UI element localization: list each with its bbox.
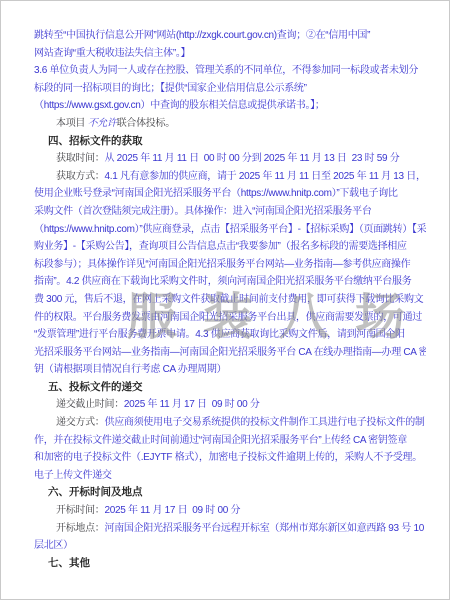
text-segment: 费 300 元，售后不退，在网上采购文件获取截止时间前支付费用，即可获得下载询比… [34,294,423,305]
text-segment: 电子上传文件递交 [34,470,112,481]
text-segment: 河南国企阳光招采服务平台远程开标室（郑州市郑东新区如意西路 93 号 10 [105,523,424,534]
text-segment: （https://www.gsxt.gov.cn）中查询的股东相关信息或提供承诺… [34,100,325,111]
text-segment: 标段的同一招标项目的询比；【提供“国家企业信用信息公示系统” [34,83,307,94]
text-line: “发票管理”进行平台服务费开票申请。4.3 供应商获取询比采购文件后，请到河南国… [34,326,426,344]
section-heading: 五、投标文件的递交 [34,379,426,397]
text-segment: 采购文件（首次登陆须完成注册）。具体操作：进入“河南国企阳光招采服务平台 [34,206,372,217]
text-line: 光招采服务平台网站—业务指南—河南国企阳光招采服务平台 CA 在线办理指南—办理… [34,344,426,362]
text-line: 指南”。4.2 供应商在下载询比采购文件时，须向河南国企阳光招采服务平台缴纳平台… [34,273,426,291]
text-segment: 供应商须使用电子交易系统提供的投标文件制作工具进行电子投标文件的制 [105,417,425,428]
text-line: 本项目 不允许联合体投标。 [34,115,426,133]
text-segment: 使用企业账号登录“河南国企阳光招采服务平台（https://www.hnitp.… [34,188,398,199]
text-segment: 2025 年 11 月 17 日 09 时 00 分 [105,505,241,516]
section-heading: 四、招标文件的获取 [34,133,426,151]
text-segment: 递交方式： [56,417,105,428]
section-heading: 六、开标时间及地点 [34,484,426,502]
text-line: 递交截止时间：2025 年 11 月 17 日 09 时 00 分 [34,396,426,414]
text-segment: 网站查询“重大税收违法失信主体”。】 [34,48,190,59]
text-line: 标段的同一招标项目的询比；【提供“国家企业信用信息公示系统” [34,80,426,98]
text-line: （https://www.hnitp.com）”供应商登录，点击【招采服务平台】… [34,221,426,239]
text-segment: 钥（请根据项目情况自行考虑 CA 办理周期） [34,364,226,375]
text-line: 采购文件（首次登陆须完成注册）。具体操作：进入“河南国企阳光招采服务平台 [34,203,426,221]
text-segment: 联合体投标。 [117,118,175,129]
text-segment: 购业务】-【采购公告】，查询项目公告信息点击“我要参加”（报名多标段的需要选择相… [34,241,407,252]
text-line: 电子上传文件递交 [34,467,426,485]
text-segment: 开标地点： [56,523,105,534]
text-segment: 七、其他 [48,557,90,569]
text-line: 获取时间：从 2025 年 11 月 11 日 00 时 00 分到 2025 … [34,150,426,168]
text-segment: 标段参与）；具体操作详见“河南国企阳光招采服务平台网站—业务指南—参考供应商操作 [34,259,410,270]
text-line: 网站查询“重大税收违法失信主体”。】 [34,45,426,63]
text-segment: 层北区） [34,540,73,551]
text-segment: 获取方式： [56,171,105,182]
text-line: 和加密的电子投标文件（.EJYTF 格式），加密电子投标文件逾期上传的，采购人不… [34,449,426,467]
text-segment: 递交截止时间： [56,399,124,410]
text-segment: 件的权限。平台服务费发票由河南国企阳光招采服务平台出具，供应商需要发票的，可通过 [34,312,422,323]
text-segment: 跳转至“中国执行信息公开网”网站(http://zxgk.court.gov.c… [34,30,370,41]
text-line: 3.6 单位负责人为同一人或存在控股、管理关系的不同单位，不得参加同一标段或者未… [34,62,426,80]
text-line: 标段参与）；具体操作详见“河南国企阳光招采服务平台网站—业务指南—参考供应商操作 [34,256,426,274]
text-segment: 作，并在投标文件递交截止时间前通过“河南国企阳光招采服务平台”上传经 CA 密钥… [34,435,407,446]
text-segment: 六、开标时间及地点 [48,486,143,498]
text-line: 购业务】-【采购公告】，查询项目公告信息点击“我要参加”（报名多标段的需要选择相… [34,238,426,256]
text-line: 件的权限。平台服务费发票由河南国企阳光招采服务平台出具，供应商需要发票的，可通过 [34,309,426,327]
tender-notice-document: 服装八场 跳转至“中国执行信息公开网”网站(http://zxgk.court.… [0,0,450,600]
text-segment: 开标时间： [56,505,105,516]
text-line: 跳转至“中国执行信息公开网”网站(http://zxgk.court.gov.c… [34,27,426,45]
text-segment: 光招采服务平台网站—业务指南—河南国企阳光招采服务平台 CA 在线办理指南—办理… [34,347,426,358]
text-line: 作，并在投标文件递交截止时间前通过“河南国企阳光招采服务平台”上传经 CA 密钥… [34,432,426,450]
text-segment: 指南”。4.2 供应商在下载询比采购文件时，须向河南国企阳光招采服务平台缴纳平台… [34,276,411,287]
text-segment: 本项目 [56,118,88,129]
text-segment: “发票管理”进行平台服务费开票申请。4.3 供应商获取询比采购文件后，请到河南国… [34,329,405,340]
text-segment: 3.6 单位负责人为同一人或存在控股、管理关系的不同单位，不得参加同一标段或者未… [34,65,418,76]
text-segment: （https://www.hnitp.com）”供应商登录，点击【招采服务平台】… [34,224,426,235]
text-line: 开标地点：河南国企阳光招采服务平台远程开标室（郑州市郑东新区如意西路 93 号 … [34,520,426,538]
text-line: 钥（请根据项目情况自行考虑 CA 办理周期） [34,361,426,379]
text-segment: 不允许 [88,118,117,129]
text-line: 使用企业账号登录“河南国企阳光招采服务平台（https://www.hnitp.… [34,185,426,203]
section-heading: 七、其他 [34,555,426,573]
text-segment: 四、招标文件的获取 [48,135,143,147]
text-line: 层北区） [34,537,426,555]
text-line: 获取方式：4.1 凡有意参加的供应商，请于 2025 年 11 月 11 日至 … [34,168,426,186]
text-segment: 获取时间： [56,153,105,164]
document-body: 跳转至“中国执行信息公开网”网站(http://zxgk.court.gov.c… [34,27,426,572]
text-segment: 五、投标文件的递交 [48,381,143,393]
text-segment: 4.1 凡有意参加的供应商，请于 2025 年 11 月 11 日至 2025 … [105,171,426,182]
text-line: 递交方式：供应商须使用电子交易系统提供的投标文件制作工具进行电子投标文件的制 [34,414,426,432]
text-line: 开标时间：2025 年 11 月 17 日 09 时 00 分 [34,502,426,520]
text-segment: 2025 年 11 月 17 日 09 时 00 分 [124,399,260,410]
text-line: （https://www.gsxt.gov.cn）中查询的股东相关信息或提供承诺… [34,97,426,115]
text-segment: 和加密的电子投标文件（.EJYTF 格式），加密电子投标文件逾期上传的，采购人不… [34,452,422,463]
text-line: 费 300 元，售后不退，在网上采购文件获取截止时间前支付费用，即可获得下载询比… [34,291,426,309]
text-segment: 从 2025 年 11 月 11 日 00 时 00 分到 2025 年 11 … [105,153,400,164]
